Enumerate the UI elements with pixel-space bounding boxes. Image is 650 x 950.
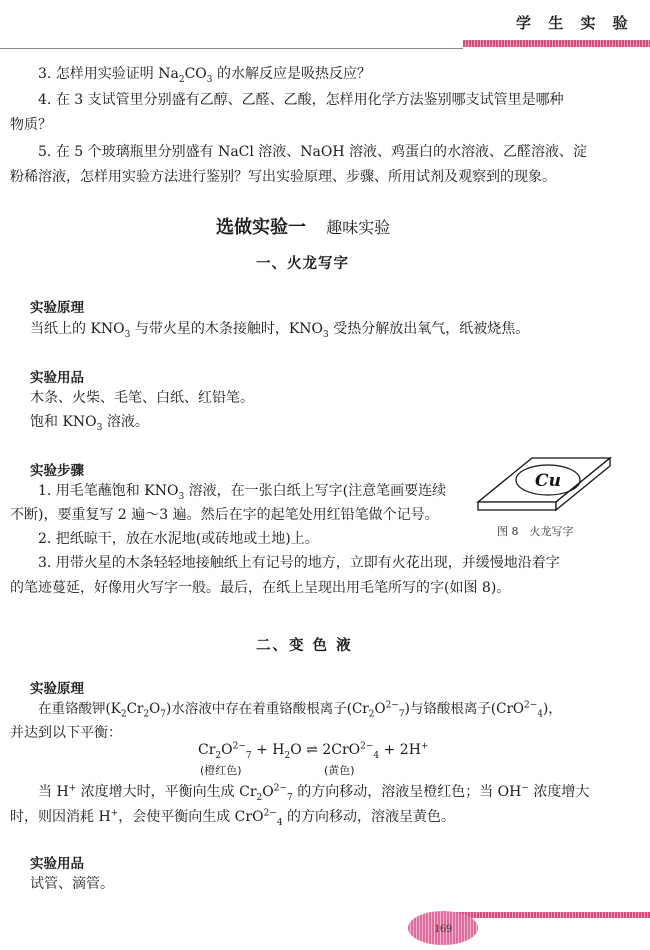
figure-label-cu: Cu xyxy=(535,471,561,491)
part1-step1-line1: 1. 用毛笔蘸饱和 KNO3 溶液，在一张白纸上写字(注意笔画要连续 xyxy=(10,479,446,504)
part1-supplies-heading: 实验用品 xyxy=(30,366,84,386)
part2-explain-line1: 当 H+ 浓度增大时，平衡向生成 Cr2O2−7 的方向移动，溶液呈橙红色；当 … xyxy=(10,780,589,805)
header-section-title: 学 生 实 验 xyxy=(516,12,634,33)
question-5-line2: 粉稀溶液，怎样用实验方法进行鉴别？写出实验原理、步骤、所用试剂及观察到的现象。 xyxy=(10,165,556,190)
equation-label-orange-red: (橙红色) xyxy=(200,762,242,778)
part1-steps-heading: 实验步骤 xyxy=(30,459,84,479)
footer-decorative-stripe xyxy=(450,912,650,918)
figure-8-caption: 图 8 火龙写字 xyxy=(497,523,574,539)
paper-slab-illustration: Cu xyxy=(470,452,620,522)
optional-experiment-title: 选做实验一 xyxy=(216,217,306,238)
question-5-line1: 5. 在 5 个玻璃瓶里分别盛有 NaCl 溶液、NaOH 溶液、鸡蛋白的水溶液… xyxy=(10,140,587,165)
chemical-equilibrium-equation: Cr2O2−7 + H2O ⇌ 2CrO2−4 + 2H+ xyxy=(198,742,428,758)
part2-principle-line2: 并达到以下平衡： xyxy=(10,721,122,746)
page-number: 169 xyxy=(434,921,452,936)
part1-supplies-line1: 木条、火柴、毛笔、白纸、红铅笔。 xyxy=(30,386,254,411)
part1-supplies-line2: 饱和 KNO3 溶液。 xyxy=(30,410,149,435)
part2-title: 二、变 色 液 xyxy=(256,634,353,655)
part2-explain-line2: 时，则因消耗 H+，会使平衡向生成 CrO2−4 的方向移动，溶液呈黄色。 xyxy=(10,805,455,830)
part2-principle-heading: 实验原理 xyxy=(30,677,84,697)
part1-step1-line2: 不断)，要重复写 2 遍～3 遍。然后在字的起笔处用红铅笔做个记号。 xyxy=(10,503,439,528)
question-4-line1: 4. 在 3 支试管里分别盛有乙醇、乙醛、乙酸，怎样用化学方法鉴别哪支试管里是哪… xyxy=(10,88,564,113)
header-rule xyxy=(0,48,463,49)
page-number-badge: 169 xyxy=(408,911,478,945)
question-3: 3. 怎样用实验证明 Na2CO3 的水解反应是吸热反应？ xyxy=(10,62,371,87)
question-4-line2: 物质？ xyxy=(10,113,52,138)
header-decorative-stripe xyxy=(463,40,650,47)
part1-title: 一、火龙写字 xyxy=(256,252,349,273)
part2-supplies-heading: 实验用品 xyxy=(30,852,84,872)
part1-principle-text: 当纸上的 KNO3 与带火星的木条接触时，KNO3 受热分解放出氧气，纸被烧焦。 xyxy=(30,317,529,342)
part1-step3-line2: 的笔迹蔓延，好像用火写字一般。最后，在纸上呈现出用毛笔所写的字(如图 8)。 xyxy=(10,576,510,601)
part1-step2: 2. 把纸晾干，放在水泥地(或砖地或土地)上。 xyxy=(10,527,319,552)
optional-experiment-heading: 选做实验一 趣味实验 xyxy=(216,213,390,239)
equation-label-yellow: (黄色) xyxy=(324,762,355,778)
part2-principle-line1: 在重铬酸钾(K2Cr2O7)水溶液中存在着重铬酸根离子(Cr2O2−7)与铬酸根… xyxy=(10,697,562,722)
optional-experiment-subtitle: 趣味实验 xyxy=(326,218,390,237)
part1-principle-heading: 实验原理 xyxy=(30,296,84,316)
part2-supplies-line1: 试管、滴管。 xyxy=(30,872,114,897)
part1-step3-line1: 3. 用带火星的木条轻轻地接触纸上有记号的地方，立即有火花出现，并缓慢地沿着字 xyxy=(10,551,560,576)
equilibrium-arrow-icon: ⇌ xyxy=(306,742,318,758)
